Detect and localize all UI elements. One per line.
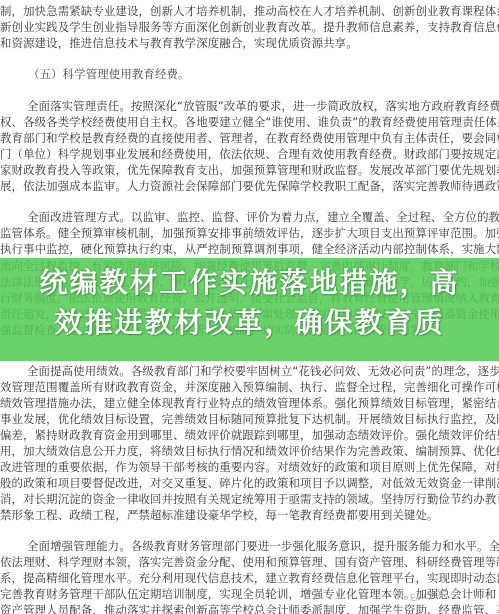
paragraph-line: 事业发展，优化绩效目标设置，完善绩效目标随同预算批复下达机制。开展绩效目标执行监… (0, 412, 499, 427)
paragraph-line: 教育部门和学校是教育经费的直接使用者、管理者，在教育经费使用管理中负有主体责任，… (0, 131, 499, 146)
paragraph-line: 效管理范围覆盖所有财政教育资金，并深度融入预算编制、执行、监督全过程，完善细化可… (0, 380, 499, 395)
paragraph-line: 全面落实管理责任。按照深化“放管服”改革的要求，进一步简政放权，落实地方政府教育… (0, 99, 499, 114)
banner-headline-line-1: 统编教材工作实施落地措施，高 (0, 265, 499, 301)
paragraph-line: 展，依法加强成本监审。人力资源社会保障部门要优先保障学校教职工配备，落实完善教师… (0, 179, 499, 194)
paragraph-line: 资产管理人员配备，推动落实并探索创新高等学校总会计师委派制度，加强学生资助、经费… (0, 603, 499, 614)
text-line: 制，加快急需紧缺专业建设，创新人才培养机制，推动高校在人才培养机制、创新创业教育… (0, 4, 499, 19)
paragraph-line: 般的政策和项目要督促改进，对交叉重复、碎片化的政策和项目予以调整，对低效无效资金… (0, 476, 499, 491)
paragraph-line: 改进管理的重要依据，作为领导干部考核的重要内容。对绩效好的政策和项目原则上优先保… (0, 460, 499, 475)
paragraph-line: 全面增强管理能力。各级教育财务管理部门要进一步强化服务意识，提升服务能力和水平。… (0, 539, 499, 554)
paragraph-line: 偏差，紧持财政教育资金用到哪里、绩效评价就跟踪到哪里，加强动态绩效评价。强化绩效… (0, 428, 499, 443)
paragraph-line: 禁形象工程、政绩工程，严禁超标准建设豪华学校，每一笔教育经费都要用到关键处。 (0, 508, 499, 523)
section-heading: （五）科学管理使用教育经费。 (0, 67, 499, 82)
paragraph-line: 权、各级各类学校经费使用自主权。各地要建立健全“谁使用、谁负责”的教育经费使用管… (0, 115, 499, 130)
paragraph-line: 全面提高使用绩效。各级教育部门和学校要牢固树立“花钱必问效、无效必问责”的理念，… (0, 364, 499, 379)
paragraph-line: 依法理财、科学理财本领，落实完善资金分配、使用和预算管理、国有资产管理、科研经费… (0, 555, 499, 570)
text-line: 和资源建设，推进信息技术与教育教学深度融合，实现优质资源共享。 (0, 36, 499, 51)
paragraph-line: 绩效管理措施办法，建立健全体现教育行业特点的绩效管理体系。强化预算绩效目标管理，… (0, 396, 499, 411)
text-line: 新创业实践及学生创业指导服务等方面深化创新创业教育改革。提升教师信息素养，支持教… (0, 20, 499, 35)
paragraph-line: 消，对长期沉淀的资金一律收回并按照有关规定统筹用于亟需支持的领域。坚持厉行勤俭节… (0, 492, 499, 507)
document-page: 制，加快急需紧缺专业建设，创新人才培养机制，推动高校在人才培养机制、创新创业教育… (0, 0, 499, 614)
paragraph-line: 全面改进管理方式。以监审、监控、监督、评价为着力点，建立全覆盖、全过程、全方位的… (0, 210, 499, 225)
paragraph-line: 家财政教育投入等政策，优先保障教育支出，加强预算管理和财政监督。发展改革部门要优… (0, 163, 499, 178)
paragraph-line: 门（单位）科学规划事业发展和经费使用，依法依规、合理有效使用教育经费。财政部门要… (0, 147, 499, 162)
banner-headline-line-2: 效推进教材改革，确保教育质 (0, 305, 499, 341)
paragraph-line: 系，提高精细化管理水平。充分利用现代信息技术，建立教育经费信息化管理平台，实现即… (0, 571, 499, 586)
paragraph-line: 执行事中监控，硬化预算执行约束，从严控制预算调剂事项，健全经济活动内部控制体系，… (0, 242, 499, 257)
paragraph-line: 用，加大绩效信息公开力度，将绩效目标执行情况和绩效评价结果作为完善政策、编制预算… (0, 444, 499, 459)
paragraph-line: 监管体系。健全预算审核机制，加强预算安排事前绩效评估，逐步扩大项目支出预算评审范… (0, 226, 499, 241)
headline-banner: 流向全过程监控，有效防范经济风险，加强经费使用事后监督，完善内部审计制度，教育部… (0, 258, 499, 361)
